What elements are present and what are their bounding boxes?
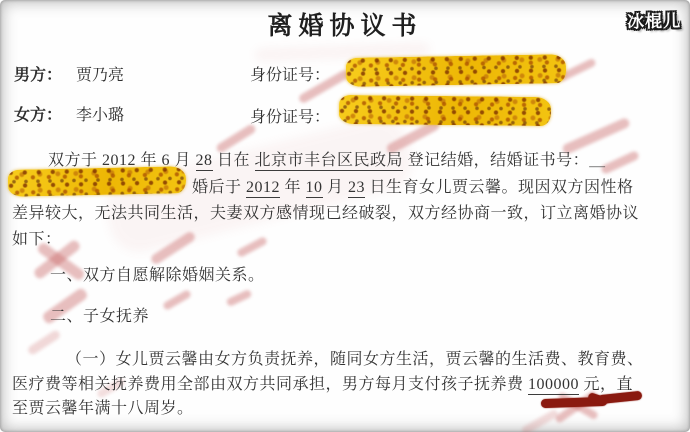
- pink-watermark-stroke: [600, 150, 640, 175]
- registry-office-underlined: 北京市丰台区民政局: [255, 152, 404, 171]
- intro-line-4: 如下：: [12, 226, 62, 249]
- female-role-label: 女方：: [14, 102, 62, 125]
- female-id-redaction: [339, 95, 551, 126]
- channel-watermark: 冰棍儿: [627, 7, 681, 33]
- pink-watermark-stroke: [236, 236, 268, 258]
- pink-watermark-stroke: [26, 329, 61, 356]
- clause-line-1: （一）女儿贾云馨由女方负责抚养，随同女方生活，贾云馨的生活费、教育费、: [66, 346, 644, 369]
- female-name: 李小璐: [76, 102, 124, 125]
- female-id-label: 身份证号：: [250, 104, 330, 127]
- intro-text: 日生育女儿贾云馨。现因双方因性格: [365, 179, 634, 196]
- document-title: 离婚协议书: [0, 6, 690, 42]
- male-id-redaction: [346, 54, 566, 87]
- pink-watermark-stroke: [162, 289, 192, 311]
- birth-day-underlined: 23: [348, 179, 365, 198]
- day-underlined: 28: [196, 152, 213, 171]
- intro-line-2: 婚后于 2012 年 10 月 23 日生育女儿贾云馨。现因双方因性格: [192, 174, 634, 197]
- intro-text: 婚后于: [192, 179, 246, 196]
- clause-line-2: 医疗费等相关抚养费用全部由双方共同承担，男方每月支付孩子抚养费 100000 元…: [12, 371, 633, 394]
- section-2-child-custody: 二、子女抚养: [50, 303, 149, 326]
- document-page: 离婚协议书 冰棍儿 男方： 贾乃亮 身份证号： 女方： 李小璐 身份证号： 双方…: [0, 0, 690, 432]
- birth-year-underlined: 2012: [246, 179, 280, 198]
- certificate-number-redaction: [8, 166, 187, 197]
- intro-text: 日在: [213, 152, 255, 169]
- clause-text: 医疗费等相关抚养费用全部由双方共同承担，男方每月支付孩子抚养费: [12, 376, 528, 393]
- clause-text: 元，直: [579, 376, 633, 393]
- male-id-label: 身份证号：: [250, 62, 330, 85]
- male-role-label: 男方：: [14, 62, 62, 85]
- intro-line-3: 差异较大，无法共同生活，夫妻双方感情现已经破裂，双方经协商一致，订立离婚协议: [12, 200, 639, 223]
- intro-text: 月: [323, 179, 349, 196]
- pink-watermark-stroke: [226, 289, 253, 307]
- blank-underscore: ＿: [589, 152, 606, 169]
- support-amount-underlined: 100000: [528, 376, 579, 395]
- intro-text: 登记结婚，结婚证书号：: [403, 152, 589, 169]
- section-1-dissolution: 一、双方自愿解除婚姻关系。: [50, 262, 265, 285]
- male-name: 贾乃亮: [76, 62, 124, 85]
- intro-text: 年: [280, 179, 306, 196]
- pink-watermark-stroke: [521, 409, 560, 432]
- clause-line-3: 至贾云馨年满十八周岁。: [12, 395, 194, 418]
- birth-month-underlined: 10: [306, 179, 323, 198]
